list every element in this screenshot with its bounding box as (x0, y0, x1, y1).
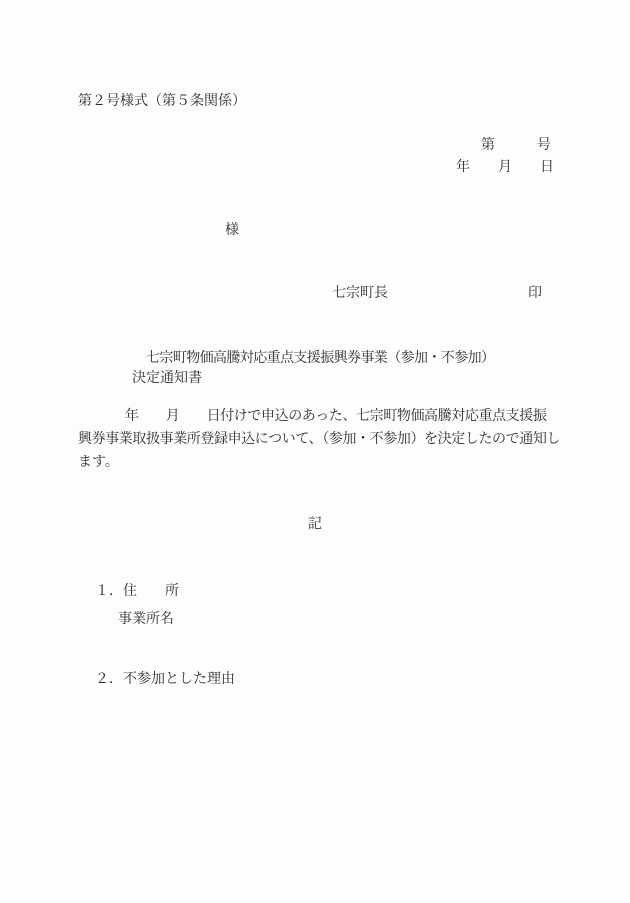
form-number: 第２号様式（第５条関係） (78, 95, 246, 109)
body-paragraph-line2: 興券事業取扱事業所登録申込について、（参加・不参加）を決定したので通知し (78, 433, 560, 447)
record-marker: 記 (0, 518, 630, 532)
item-1-business-name-label: 事業所名 (118, 613, 174, 627)
sender-name: 七宗町長 (332, 287, 388, 301)
item-2-reason-label: ２．不参加とした理由 (95, 673, 235, 687)
document-title-line2: 決定通知書 (132, 372, 202, 386)
date-line: 年 月 日 (456, 161, 554, 175)
document-page: 第２号様式（第５条関係） 第 号 年 月 日 様 七宗町長 印 七宗町物価高騰対… (0, 0, 630, 903)
item-1-address-label: １．住 所 (95, 585, 179, 599)
body-paragraph-line1: 年 月 日付けで申込のあった、七宗町物価高騰対応重点支援振 (125, 410, 546, 424)
body-paragraph-line3: ます。 (78, 456, 119, 470)
seal-placeholder: 印 (528, 287, 542, 301)
document-title-line1: 七宗町物価高騰対応重点支援振興券事業（参加・不参加） (146, 352, 494, 366)
addressee-honorific: 様 (225, 224, 239, 238)
doc-number-line: 第 号 (481, 139, 551, 153)
